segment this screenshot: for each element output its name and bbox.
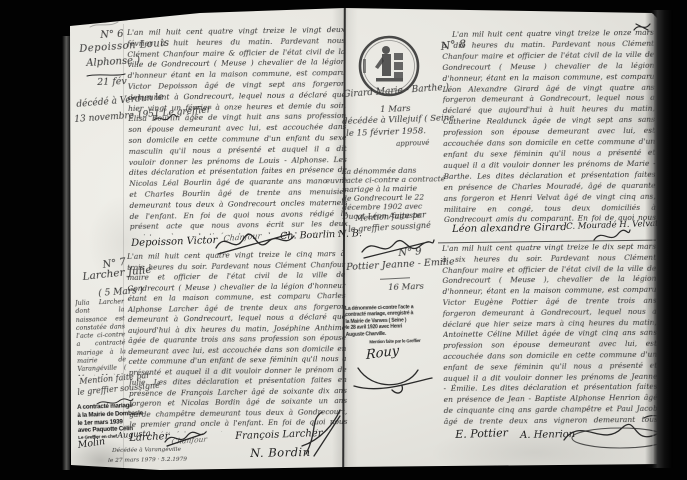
margin-dash [380, 277, 410, 280]
act7-footnote2: le 27 mars 1979 · 5.2.1979 [108, 457, 187, 464]
book-fore-edge [645, 10, 673, 468]
register-double-page: N° 6 Depoisson Louis Alphonse ) 21 fév d… [0, 0, 687, 480]
act9-margin-date: 16 Mars [388, 282, 424, 293]
underlying-page-edge [62, 36, 70, 470]
act8-margin-date: 1 Mars [380, 104, 411, 115]
act9-margin-number: N° 9 [398, 246, 422, 259]
marginal-ink-flourish [300, 408, 344, 458]
act9-body-text: L'an mil huit cent quatre vingt treize l… [442, 242, 658, 426]
pencil-scribble [86, 16, 120, 28]
act8-death-note2: le 15 février 1958. [346, 126, 426, 139]
act6-body-text: L'an mil huit cent quatre vingt treize l… [127, 25, 348, 236]
act7-marriage-note: Julia Larcher dont la naissance est cons… [75, 298, 127, 376]
act9-signature-declarant: E. Pottier [455, 426, 508, 441]
act6-signature-declarant: Depoisson Victor [131, 235, 217, 249]
act7-body-text: L'an mil huit cent quatre vingt treize l… [127, 249, 348, 433]
scanned-register-photo: { "colors": {"paper":"#eae9e4","paper_sh… [0, 0, 687, 480]
act8-death-note: décédée à Villejuif ( Seine [342, 113, 454, 127]
greffier-signature-flourish [358, 234, 436, 260]
act6-margin-number: N° 6 [100, 29, 124, 41]
act7-footnote: Décédée à Varangéville [112, 447, 181, 454]
stamp-signature-flourish [352, 360, 436, 396]
act8-signature-declarant: Léon alexandre Girard [452, 222, 567, 235]
act6-margin-date: 21 fév [97, 76, 127, 88]
act8-approval-note: approuvé [396, 139, 430, 148]
act8-body-text: L'an mil huit cent quatre vingt treize l… [442, 28, 656, 226]
act9-marriage-stamp: La dénommée ci-contre l'acte a contracté… [345, 303, 444, 346]
